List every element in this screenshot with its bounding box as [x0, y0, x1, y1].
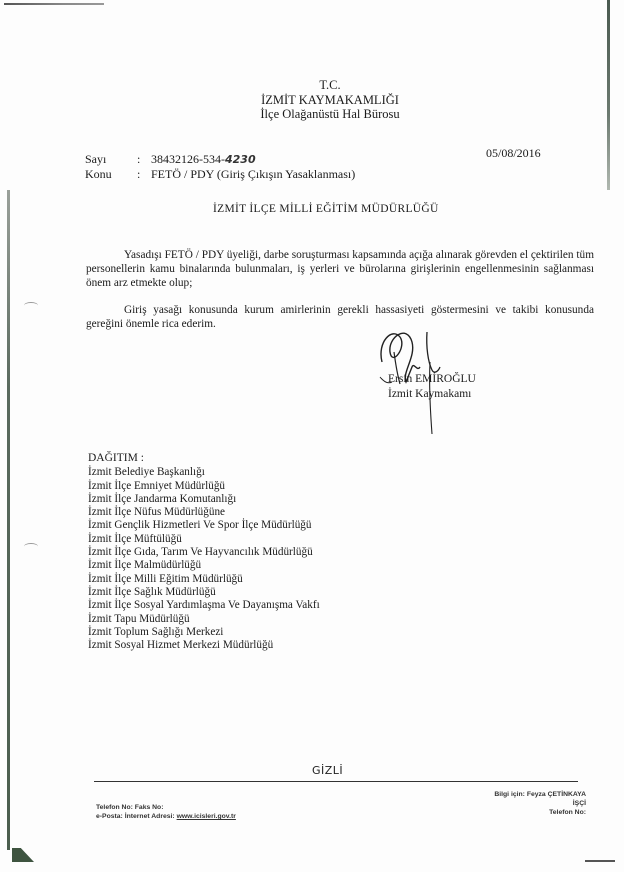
signatory-block: Ersin EMİROĞLU İzmit Kaymakamı — [388, 372, 476, 402]
list-item: İzmit İlçe Nüfus Müdürlüğüne — [88, 506, 320, 519]
reference-number-row: Sayı : 38432126-534- 4230 — [85, 152, 355, 167]
document-date: 05/08/2016 — [486, 146, 541, 161]
scan-edge-top — [4, 3, 104, 5]
footer-contact: Telefon No: Faks No: e-Posta: İnternet A… — [96, 803, 236, 821]
signatory-name: Ersin EMİROĞLU — [388, 372, 476, 387]
info-contact-phone: Telefon No: — [494, 808, 586, 817]
office-name: İlçe Olağanüstü Hal Bürosu — [200, 107, 460, 122]
list-item: İzmit İlçe Jandarma Komutanlığı — [88, 493, 320, 506]
authority-name: İZMİT KAYMAKAMLIĞI — [200, 93, 460, 108]
signatory-title: İzmit Kaymakamı — [388, 387, 476, 402]
website-link[interactable]: www.icisleri.gov.tr — [177, 813, 236, 820]
subject-row: Konu : FETÖ / PDY (Giriş Çıkışın Yasakla… — [85, 167, 355, 182]
body-paragraph-2: Giriş yasağı konusunda kurum amirlerinin… — [86, 303, 594, 331]
paragraph-text: Giriş yasağı konusunda kurum amirlerinin… — [86, 304, 594, 330]
scan-edge-right — [607, 0, 610, 190]
list-item: İzmit İlçe Milli Eğitim Müdürlüğü — [88, 573, 320, 586]
list-item: İzmit İlçe Sosyal Yardımlaşma Ve Dayanış… — [88, 599, 320, 612]
number-label: Sayı — [85, 152, 137, 167]
list-item: İzmit Belediye Başkanlığı — [88, 466, 320, 479]
recipient: İZMİT İLÇE MİLLİ EĞİTİM MÜDÜRLÜĞÜ — [213, 203, 439, 215]
distribution-list: DAĞITIM : İzmit Belediye Başkanlığı İzmi… — [88, 452, 320, 652]
handwritten-number: 4230 — [225, 152, 256, 167]
list-item: İzmit İlçe Sağlık Müdürlüğü — [88, 586, 320, 599]
scan-edge-corner — [12, 848, 34, 862]
classification-label: GİZLİ — [312, 764, 343, 777]
document-meta: Sayı : 38432126-534- 4230 Konu : FETÖ / … — [85, 152, 355, 182]
footer-divider — [94, 781, 578, 782]
contact-web-label: e-Posta: İnternet Adresi: — [96, 813, 175, 820]
list-item: İzmit İlçe Gıda, Tarım Ve Hayvancılık Mü… — [88, 546, 320, 559]
list-item: İzmit İlçe Emniyet Müdürlüğü — [88, 480, 320, 493]
letterhead: T.C. İZMİT KAYMAKAMLIĞI İlçe Olağanüstü … — [200, 78, 460, 122]
punch-hole-mark — [24, 302, 38, 309]
list-item: İzmit Tapu Müdürlüğü — [88, 613, 320, 626]
list-item: İzmit Toplum Sağlığı Merkezi — [88, 626, 320, 639]
list-item: İzmit İlçe Malmüdürlüğü — [88, 559, 320, 572]
contact-phone-fax: Telefon No: Faks No: — [96, 803, 236, 812]
scan-edge-bottom — [585, 860, 615, 862]
subject-label: Konu — [85, 167, 137, 182]
info-contact-person: Bilgi için: Feyza ÇETİNKAYA — [494, 790, 586, 799]
info-contact-role: İŞÇİ — [494, 799, 586, 808]
scan-edge-left — [7, 190, 10, 850]
list-item: İzmit Sosyal Hizmet Merkezi Müdürlüğü — [88, 639, 320, 652]
separator: : — [137, 167, 151, 182]
contact-email-web: e-Posta: İnternet Adresi: www.icisleri.g… — [96, 812, 236, 821]
separator: : — [137, 152, 151, 167]
country-label: T.C. — [200, 78, 460, 93]
footer-info: Bilgi için: Feyza ÇETİNKAYA İŞÇİ Telefon… — [494, 790, 586, 817]
document-page: T.C. İZMİT KAYMAKAMLIĞI İlçe Olağanüstü … — [0, 0, 624, 872]
punch-hole-mark — [24, 543, 38, 550]
list-item: İzmit Gençlik Hizmetleri Ve Spor İlçe Mü… — [88, 519, 320, 532]
body-paragraph-1: Yasadışı FETÖ / PDY üyeliği, darbe soruş… — [86, 248, 594, 290]
distribution-label: DAĞITIM : — [88, 452, 320, 465]
subject-value: FETÖ / PDY (Giriş Çıkışın Yasaklanması) — [151, 167, 355, 182]
paragraph-text: Yasadışı FETÖ / PDY üyeliği, darbe soruş… — [86, 249, 594, 289]
number-value: 38432126-534- — [151, 152, 225, 167]
list-item: İzmit İlçe Müftülüğü — [88, 533, 320, 546]
